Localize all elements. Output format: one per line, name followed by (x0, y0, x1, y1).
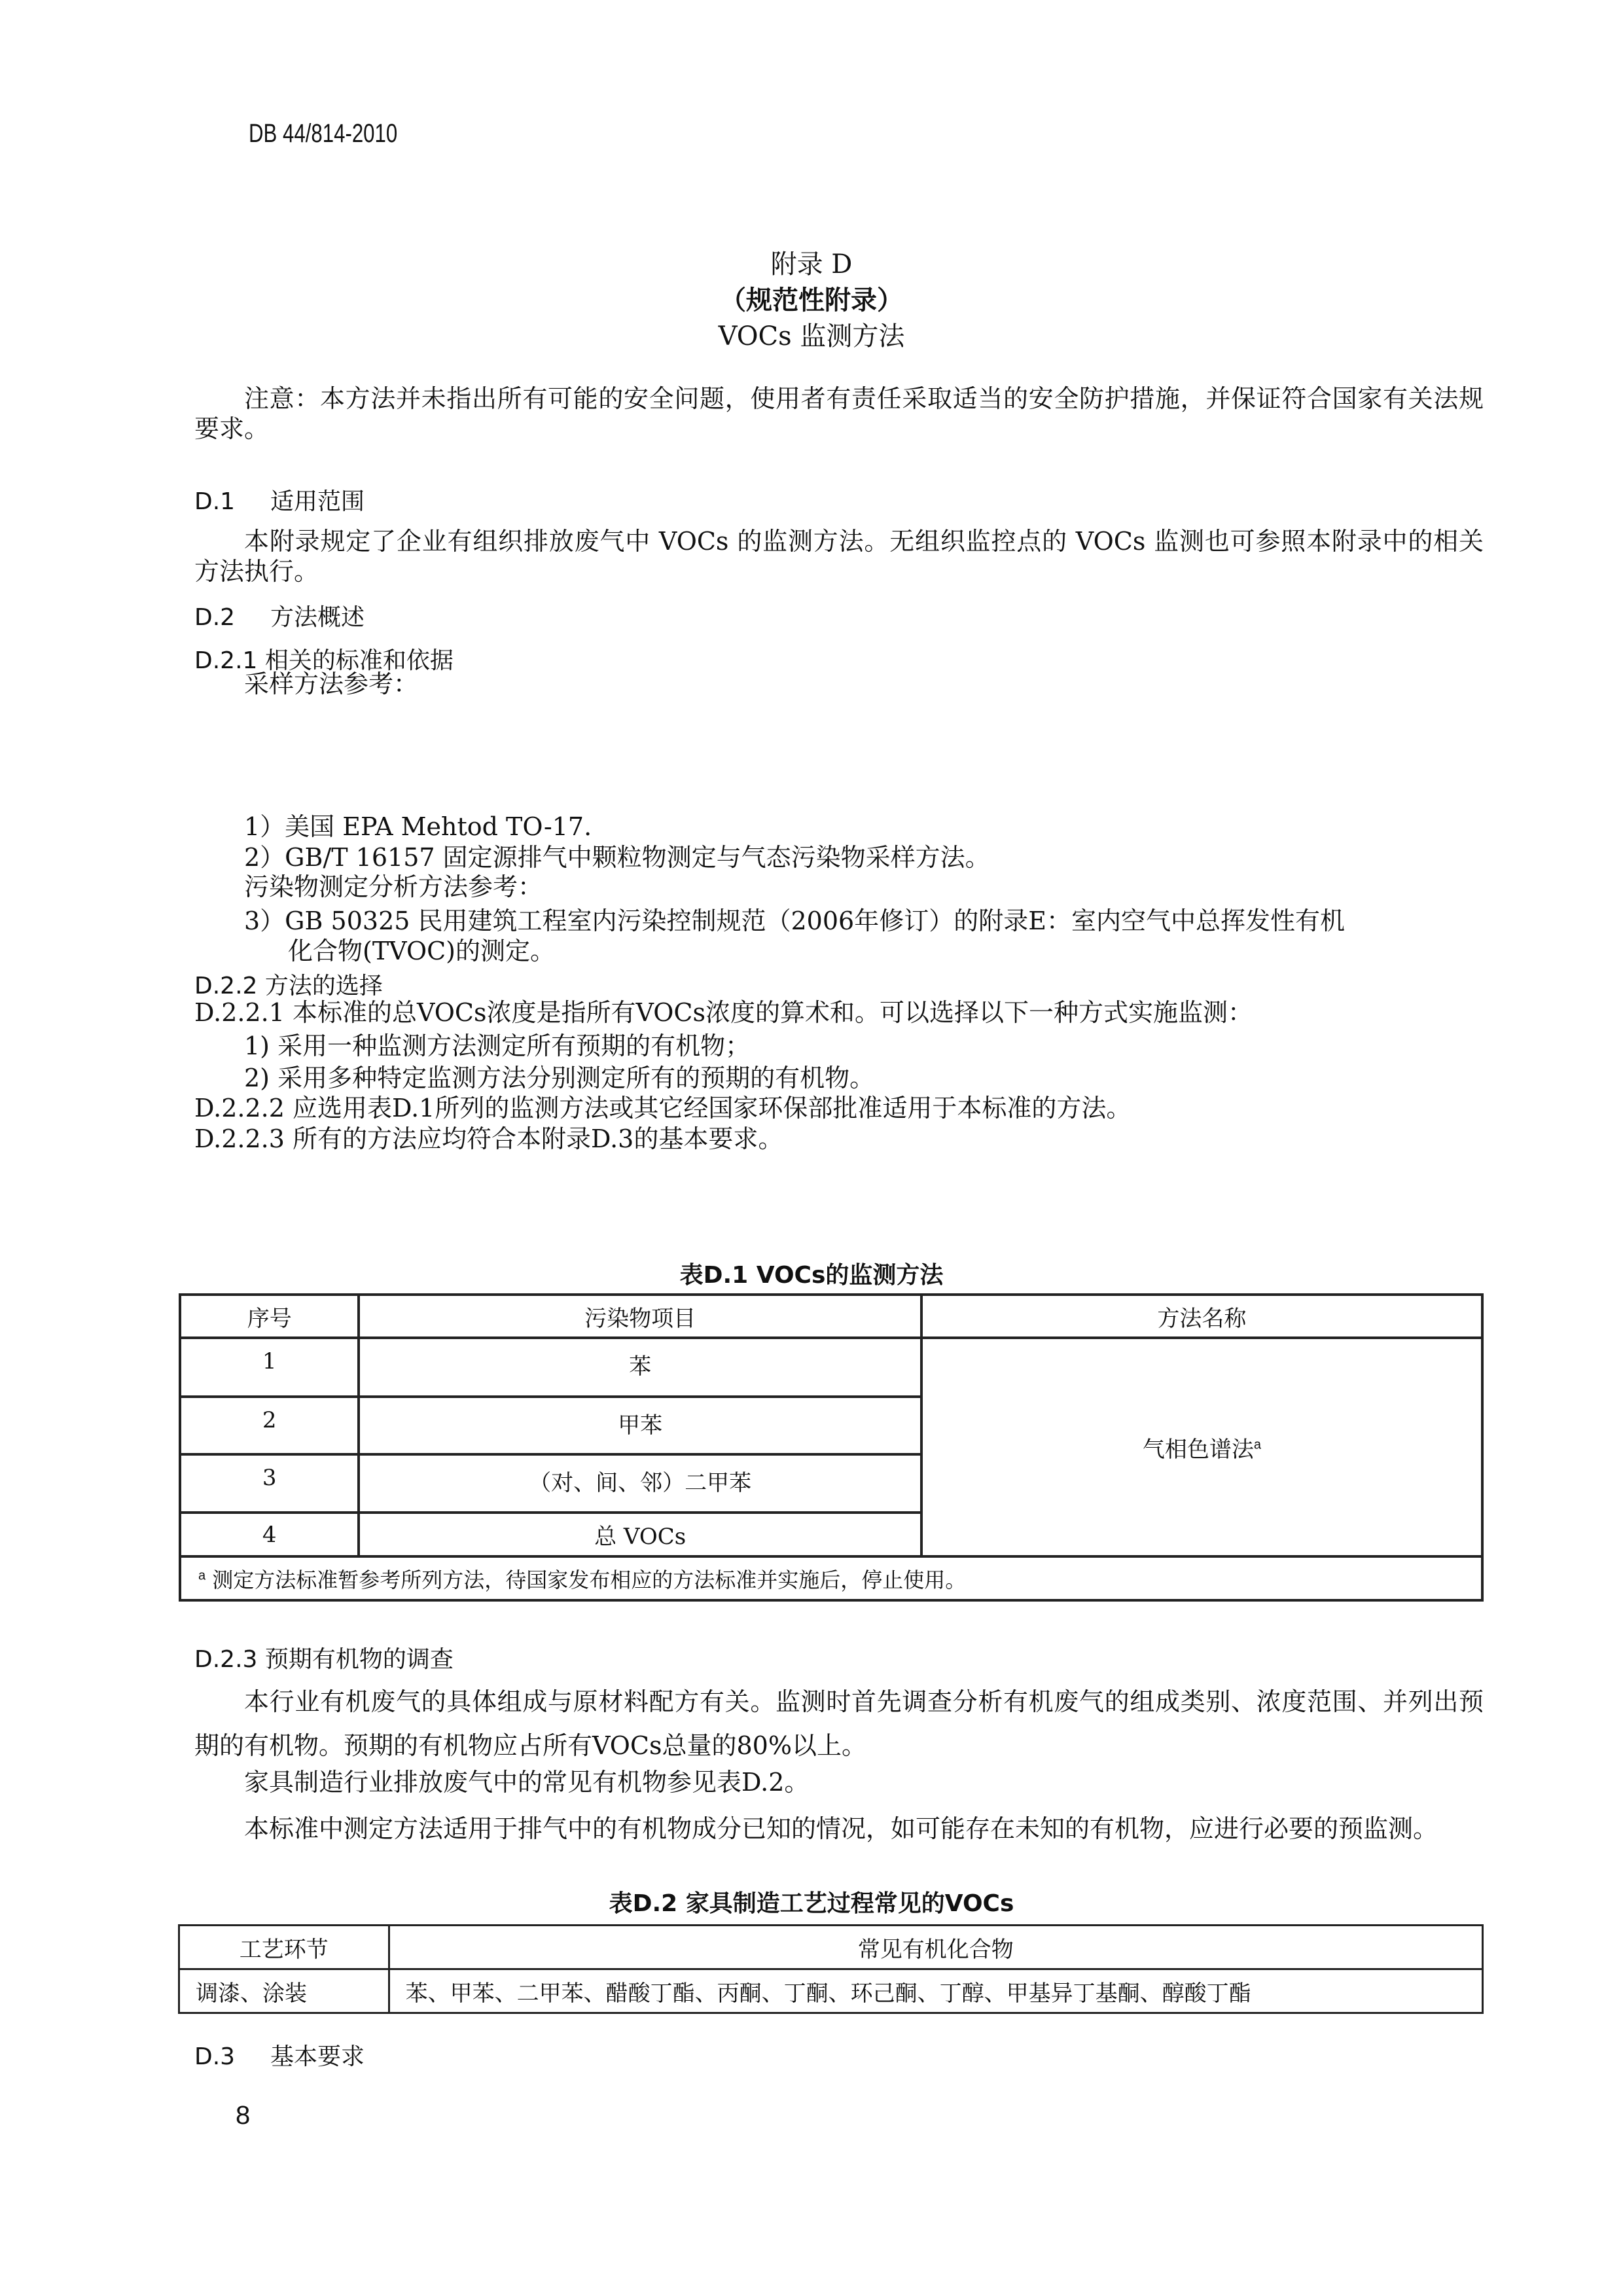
appendix-title: 附录 D (0, 243, 1623, 281)
safety-notice: 注意：本方法并未指出所有可能的安全问题，使用者有责任采取适当的安全防护措施，并保… (194, 384, 1484, 444)
section-title: 基本要求 (270, 2043, 365, 2070)
reference-item-2: 2）GB/T 16157 固定源排气中颗粒物测定与气态污染物采样方法。 (244, 842, 990, 872)
header-cell: 方法名称 (921, 1295, 1482, 1338)
table-row: 调漆、涂装 苯、甲苯、二甲苯、醋酸丁酯、丙酮、丁酮、环己酮、丁醇、甲基异丁基酮、… (179, 1969, 1483, 2013)
option-2: 2) 采用多种特定监测方法分别测定所有的预期的有机物。 (244, 1063, 874, 1093)
reference-item-3-cont: 化合物(TVOC)的测定。 (288, 936, 555, 966)
analysis-label: 污染物测定分析方法参考： (244, 872, 543, 902)
cell-item: 苯 (359, 1338, 921, 1397)
header-cell: 序号 (180, 1295, 359, 1338)
cell-method: 气相色谱法a (921, 1338, 1482, 1556)
cell-no: 3 (180, 1454, 359, 1513)
section-number: D.3 (194, 2043, 270, 2070)
cell-process: 调漆、涂装 (179, 1969, 389, 2013)
subsection-heading-d23: D.2.3 预期有机物的调查 (194, 1641, 454, 1674)
table-footnote: a 测定方法标准暂参考所列方法，待国家发布相应的方法标准并实施后，停止使用。 (180, 1556, 1482, 1600)
section-title: 方法概述 (270, 604, 365, 631)
cell-no: 4 (180, 1513, 359, 1556)
clause-d221: D.2.2.1 本标准的总VOCs浓度是指所有VOCs浓度的算术和。可以选择以下… (194, 997, 1253, 1028)
table-header-row: 工艺环节 常见有机化合物 (179, 1926, 1483, 1969)
cell-item: （对、间、邻）二甲苯 (359, 1454, 921, 1513)
table-d2: 工艺环节 常见有机化合物 调漆、涂装 苯、甲苯、二甲苯、醋酸丁酯、丙酮、丁酮、环… (178, 1924, 1484, 2014)
footnote-mark: a (198, 1568, 205, 1583)
table-d2-caption: 表D.2 家具制造工艺过程常见的VOCs (0, 1885, 1623, 1918)
standard-code: DB 44/814-2010 (249, 119, 397, 149)
header-cell: 工艺环节 (179, 1926, 389, 1969)
table-d1: 序号 污染物项目 方法名称 1 苯 气相色谱法a 2 甲苯 3 （对、间、邻）二… (179, 1293, 1484, 1602)
cell-no: 2 (180, 1397, 359, 1454)
cell-no: 1 (180, 1338, 359, 1397)
reference-item-1: 1）美国 EPA Mehtod TO-17. (244, 812, 592, 842)
sampling-label: 采样方法参考： (244, 669, 418, 699)
method-name: 气相色谱法 (1143, 1437, 1254, 1463)
cell-compounds: 苯、甲苯、二甲苯、醋酸丁酯、丙酮、丁酮、环己酮、丁醇、甲基异丁基酮、醇酸丁酯 (389, 1969, 1482, 2013)
section-heading-d2: D.2方法概述 (194, 599, 365, 632)
section-d23-paragraph-1: 本行业有机废气的具体组成与原材料配方有关。监测时首先调查分析有机废气的组成类别、… (194, 1680, 1484, 1768)
table-d1-caption: 表D.1 VOCs的监测方法 (0, 1257, 1623, 1290)
section-d23-paragraph-2: 家具制造行业排放废气中的常见有机物参见表D.2。 (194, 1767, 1484, 1797)
option-1: 1) 采用一种监测方法测定所有预期的有机物； (244, 1031, 750, 1061)
section-heading-d1: D.1适用范围 (194, 483, 365, 516)
page-number: 8 (236, 2101, 250, 2130)
footnote-ref: a (1254, 1437, 1261, 1452)
clause-d223: D.2.2.3 所有的方法应均符合本附录D.3的基本要求。 (194, 1124, 783, 1154)
header-cell: 常见有机化合物 (389, 1926, 1482, 1969)
section-d23-paragraph-3: 本标准中测定方法适用于排气中的有机物成分已知的情况，如可能存在未知的有机物，应进… (194, 1808, 1484, 1850)
section-d1-paragraph: 本附录规定了企业有组织排放废气中 VOCs 的监测方法。无组织监控点的 VOCs… (194, 526, 1484, 586)
header-cell: 污染物项目 (359, 1295, 921, 1338)
reference-item-3: 3）GB 50325 民用建筑工程室内污染控制规范（2006年修订）的附录E：室… (244, 906, 1345, 936)
table-header-row: 序号 污染物项目 方法名称 (180, 1295, 1482, 1338)
section-number: D.2 (194, 604, 270, 631)
footnote-text: 测定方法标准暂参考所列方法，待国家发布相应的方法标准并实施后，停止使用。 (212, 1568, 966, 1592)
clause-d222: D.2.2.2 应选用表D.1所列的监测方法或其它经国家环保部批准适用于本标准的… (194, 1093, 1131, 1123)
appendix-type: （规范性附录） (0, 279, 1623, 317)
section-title: 适用范围 (270, 488, 365, 515)
table-row: 1 苯 气相色谱法a (180, 1338, 1482, 1397)
section-number: D.1 (194, 488, 270, 515)
section-heading-d3: D.3基本要求 (194, 2038, 365, 2072)
subsection-heading-d22: D.2.2 方法的选择 (194, 967, 383, 1001)
cell-item: 甲苯 (359, 1397, 921, 1454)
cell-item: 总 VOCs (359, 1513, 921, 1556)
table-footnote-row: a 测定方法标准暂参考所列方法，待国家发布相应的方法标准并实施后，停止使用。 (180, 1556, 1482, 1600)
appendix-subject: VOCs 监测方法 (0, 315, 1623, 353)
